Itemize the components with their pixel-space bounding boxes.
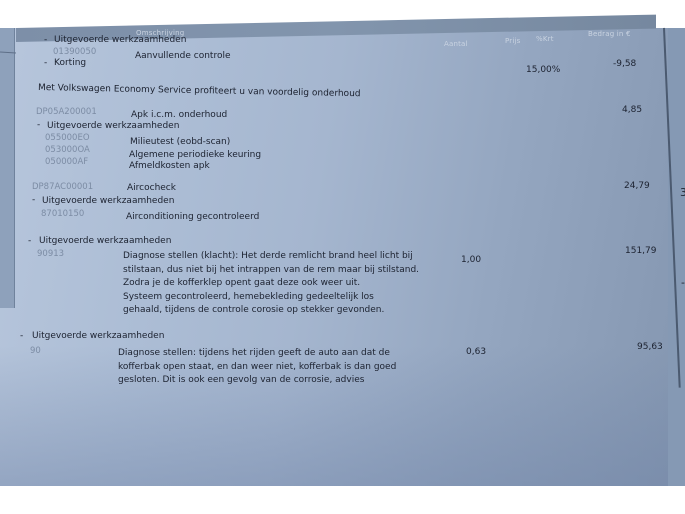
line-code: 01390050 [53,47,96,58]
package-code: DP05A200001 [36,107,97,118]
promo-text: Met Volkswagen Economy Service profiteer… [38,83,361,100]
line-description: Afmeldkosten apk [129,161,210,172]
diagnosis-text-line: Systeem gecontroleerd, hemebekleding ged… [123,291,419,305]
line-code: 055000EO [45,133,90,144]
diagnosis-text-line: gesloten. Dit is ook een gevolg van de c… [118,374,396,388]
line-code: 050000AF [45,157,88,168]
column-header-discount: %Krt [536,35,554,43]
line-code: 053000OA [45,145,90,156]
invoice-document: Omschrijving Aantal Prijs %Krt Bedrag in… [0,0,685,514]
diagnosis-amount: 95,63 [637,342,663,353]
diagnosis-text-line: Diagnose stellen (klacht): Het derde rem… [123,250,419,264]
line-description: Airconditioning gecontroleerd [126,212,259,223]
line-description: Algemene periodieke keuring [129,150,261,161]
column-header-quantity: Aantal [444,40,468,48]
package-description: Aircocheck [127,183,176,194]
bullet-dash: - [44,35,47,45]
diagnosis-text-line: Diagnose stellen: tijdens het rijden gee… [118,347,396,361]
package-description: Apk i.c.m. onderhoud [131,110,227,121]
bullet-dash: - [28,236,31,246]
bullet-dash: - [44,58,47,68]
column-header-amount: Bedrag in € [588,30,631,38]
bullet-dash: - [20,331,23,341]
discount-amount: -9,58 [613,59,636,70]
group-label: Uitgevoerde werkzaamheden [39,236,171,247]
package-code: DP87AC00001 [32,182,93,193]
diagnosis-text-line: stilstaan, dus niet bij het intrappen va… [123,264,419,278]
diagnosis-code: 90913 [37,249,64,260]
diagnosis-quantity: 1,00 [461,255,481,266]
diagnosis-code: 90 [30,346,41,357]
column-header-price: Prijs [505,37,521,45]
bullet-dash: - [32,195,35,205]
line-description: Aanvullende controle [135,51,231,62]
group-label: Uitgevoerde werkzaamheden [32,331,164,342]
group-label: Uitgevoerde werkzaamheden [42,196,174,207]
diagnosis-amount: 151,79 [625,246,657,257]
line-description: Milieutest (eobd-scan) [130,137,230,148]
bullet-dash: - [37,120,40,130]
diagnosis-text-line: gehaald, tijdens de controle corosie op … [123,304,419,318]
diagnosis-text: Diagnose stellen: tijdens het rijden gee… [118,347,396,388]
line-code: 87010150 [41,209,84,220]
diagnosis-text: Diagnose stellen (klacht): Het derde rem… [123,250,419,318]
package-amount: 4,85 [622,105,642,116]
diagnosis-text-line: Zodra je de kofferklep opent gaat deze o… [123,277,419,291]
discount-label: Korting [54,58,86,69]
diagnosis-text-line: kofferbak open staat, en dan weer niet, … [118,361,396,375]
discount-percent: 15,00% [526,65,560,76]
package-amount: 24,79 [624,181,650,192]
diagnosis-quantity: 0,63 [466,347,486,358]
group-label: Uitgevoerde werkzaamheden [54,35,186,46]
group-label: Uitgevoerde werkzaamheden [47,121,179,132]
